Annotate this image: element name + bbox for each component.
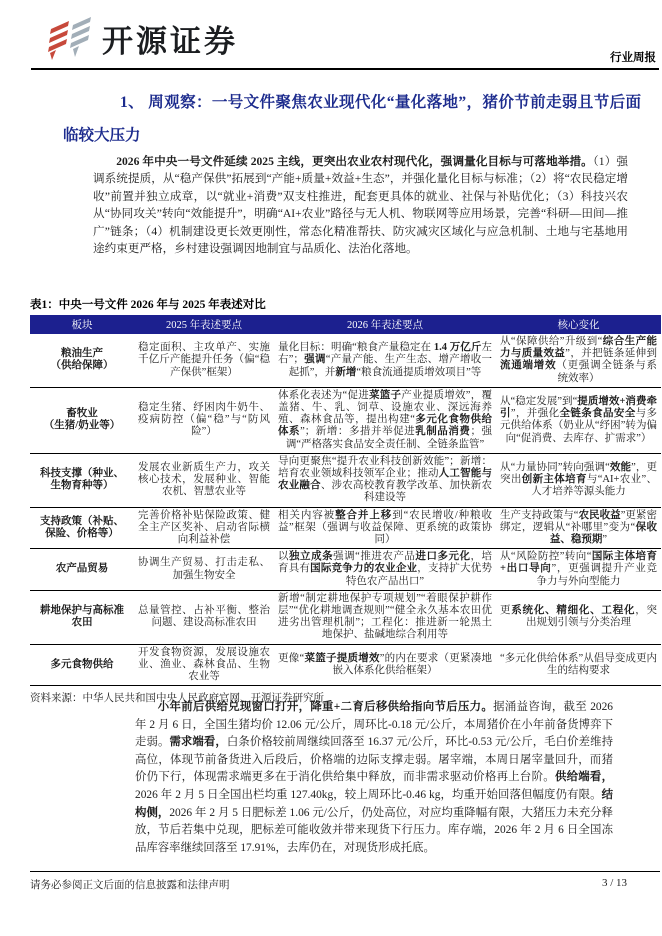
bold-text: 供给端看， [555, 771, 613, 783]
bold-text: 国际竞争力的农业企业 [310, 563, 417, 574]
table-row: 农产品贸易协调生产贸易、打击走私、加强生物安全以独立成条强调“推进农产品进口多元… [30, 549, 661, 591]
body-text: ” [602, 534, 607, 545]
sector-cell: 科技支撑（种业、 生物育种等） [30, 453, 134, 507]
bold-text: 全链条食品安全 [559, 408, 635, 419]
body-text: ”，更强调提升产业竞争力与外向型能力 [537, 563, 658, 586]
body-text: 以 [278, 551, 289, 562]
brand-logo: 开源证券 [44, 12, 238, 64]
table-row: 多元食物供给开发食物资源，发展设施农业、渔业、森林食品、生物农业等更像“菜篮子提… [30, 644, 661, 686]
summary-paragraph: 2026 年中央一号文件延续 2025 主线，更突出农业农村现代化，强调量化目标… [93, 153, 628, 257]
cell-2026: 更像“菜篮子提质增效”的内在要求（更紧凑地嵌入体系化供给框架） [274, 644, 496, 686]
cell-core-change: 生产支持政策与“农民收益”更紧密绑定，逻辑从“补哪里”变为“保收益、稳预期” [496, 507, 661, 549]
brand-logo-icon [44, 12, 96, 64]
body-text: 新增“制定耕地保护专项规划”“着眼保护耕作层”“优化耕地调查规则”“健全永久基本… [278, 593, 492, 641]
body-text: 从“保障供给”升级到“ [500, 336, 602, 347]
body-text: （1）强调系统提质，从“稳产保供”拓展到“产能+质量+效益+生态”，并强化量化目… [93, 155, 628, 255]
bold-text: 系统化、精细化、工程化 [511, 605, 635, 616]
cell-2026: 新增“制定耕地保护专项规划”“着眼保护耕作层”“优化耕地调查规则”“健全永久基本… [274, 590, 496, 644]
table-row: 粮油生产 （供给保障）稳定面积、主攻单产、实施千亿斤产能提升任务（偏“稳产保供”… [30, 334, 661, 387]
body-text: 2026 年 2 月 5 日肥标差 1.06 元/公斤，仍处高位，对应均重降幅有… [135, 807, 613, 854]
body-text: 开发食物资源，发展设施农业、渔业、森林食品、生物农业等 [138, 647, 270, 682]
body-text: 从“力量协同”转向强调“ [500, 462, 610, 473]
table-header-cell: 核心变化 [496, 315, 661, 334]
cell-2025: 稳定生猪、纾困肉牛奶牛、疫病防控（偏“稳”与“防风险”） [134, 387, 274, 453]
bold-text: 菜篮子 [369, 390, 401, 401]
table-header-cell: 2025 年表述要点 [134, 315, 274, 334]
body-text: 更像“ [278, 653, 304, 664]
table-body: 粮油生产 （供给保障）稳定面积、主攻单产、实施千亿斤产能提升任务（偏“稳产保供”… [30, 334, 661, 686]
body-text: ”，并强化 [511, 408, 560, 419]
report-page: 开源证券 行业周报 1、 周观察：一号文件聚焦农业现代化“量化落地”，猪价节前走… [0, 0, 662, 936]
cell-core-change: 更系统化、精细化、工程化，突出规划引领与分类治理 [496, 590, 661, 644]
sector-cell: 多元食物供给 [30, 644, 134, 686]
body-text: 发展农业新质生产力，攻关核心技术，发展种业、智能农机、智慧农业等 [138, 462, 270, 497]
cell-core-change: 从“力量协同”转向强调“效能”，更突出创新主体培育与“AI+农业”、人才培养等源… [496, 453, 661, 507]
body-text: 2026 年 2 月 5 日全国出栏均重 127.40kg，较上周环比-0.46… [135, 789, 602, 801]
body-text: 稳定生猪、纾困肉牛奶牛、疫病防控（偏“稳”与“防风险”） [138, 402, 270, 437]
body-text: 总量管控、占补平衡、整治问题、建设高标准农田 [138, 605, 270, 628]
body-text: 体系化表述为“促进 [278, 390, 369, 401]
body-text: ”；新增：多措并举促进 [300, 426, 415, 437]
cell-2026: 导向更聚焦“提升农业科技创新效能”；新增：培育农业领域科技领军企业；推动人工智能… [274, 453, 496, 507]
bold-text: 强调 [304, 354, 326, 365]
cell-2025: 完善价格补贴保险政策、健全主产区奖补、启动省际横向利益补偿 [134, 507, 274, 549]
brand-name: 开源证券 [102, 16, 238, 61]
comparison-table-block: 表1：中央一号文件 2026 年与 2025 年表述对比 板块2025 年表述要… [30, 296, 661, 705]
body-text: 从“稳定发展”到“ [500, 396, 577, 407]
bold-text: 乳制品消费 [415, 426, 470, 437]
cell-2025: 稳定面积、主攻单产、实施千亿斤产能提升任务（偏“稳产保供”框架） [134, 334, 274, 387]
body-text: 生产支持政策与“ [500, 510, 578, 521]
table-header-row: 板块2025 年表述要点2026 年表述要点核心变化 [30, 315, 661, 334]
body-text: “多元化供给体系”从倡导变成更内生的结构要求 [500, 653, 657, 676]
bold-text: 进口多元化 [415, 551, 470, 562]
sector-cell: 耕地保护与高标准 农田 [30, 590, 134, 644]
cell-2026: 体系化表述为“促进菜篮子产业提质增效”，覆盖猪、牛、乳、饲草、设施农业、深远海养… [274, 387, 496, 453]
body-text: 量化目标：明确“粮食产量稳定在 [278, 342, 434, 353]
body-text: （更强调全链条与系统效率） [556, 360, 657, 383]
body-text: 相关内容被 [278, 510, 335, 521]
table-caption: 表1：中央一号文件 2026 年与 2025 年表述对比 [30, 296, 661, 312]
bold-text: 新增 [335, 367, 356, 378]
body-text: 完善价格补贴保险政策、健全主产区奖补、启动省际横向利益补偿 [138, 510, 270, 545]
sector-cell: 粮油生产 （供给保障） [30, 334, 134, 387]
report-type-label: 行业周报 [610, 49, 656, 65]
body-text: 、涉农高校教育教学改革、加快新农科建设等 [321, 480, 492, 503]
bold-text: 创新主体培育 [522, 474, 587, 485]
table-row: 耕地保护与高标准 农田总量管控、占补平衡、整治问题、建设高标准农田新增“制定耕地… [30, 590, 661, 644]
table-row: 畜牧业 （生猪/奶业等）稳定生猪、纾困肉牛奶牛、疫病防控（偏“稳”与“防风险”）… [30, 387, 661, 453]
bold-text: 整合并上移 [335, 510, 392, 521]
cell-2025: 发展农业新质生产力，攻关核心技术，发展种业、智能农机、智慧农业等 [134, 453, 274, 507]
body-text: “粮食流通提质增效项目”等 [356, 367, 481, 378]
sector-cell: 畜牧业 （生猪/奶业等） [30, 387, 134, 453]
bold-text: 菜篮子提质增效 [304, 653, 380, 664]
bold-text: 需求端看， [169, 736, 226, 748]
cell-core-change: “多元化供给体系”从倡导变成更内生的结构要求 [496, 644, 661, 686]
cell-core-change: 从“保障供给”升级到“综合生产能力与质量效益”，并把链条延伸到流通端增效（更强调… [496, 334, 661, 387]
comparison-table: 板块2025 年表述要点2026 年表述要点核心变化 粮油生产 （供给保障）稳定… [30, 315, 661, 686]
cell-2026: 以独立成条强调“推进农产品进口多元化，培育具有国际竞争力的农业企业，支持扩大优势… [274, 549, 496, 591]
table-row: 支持政策（补贴、 保险、价格等）完善价格补贴保险政策、健全主产区奖补、启动省际横… [30, 507, 661, 549]
footer-divider [30, 871, 660, 872]
body-text: 从“风险防控”转向“ [500, 551, 591, 562]
body-text: 更 [500, 605, 511, 616]
table-row: 科技支撑（种业、 生物育种等）发展农业新质生产力，攻关核心技术，发展种业、智能农… [30, 453, 661, 507]
table-header-cell: 板块 [30, 315, 134, 334]
body-text: 强调“推进农产品 [333, 551, 415, 562]
body-text: ”，并把链条延伸到 [565, 348, 657, 359]
sector-cell: 农产品贸易 [30, 549, 134, 591]
cell-2025: 协调生产贸易、打击走私、加强生物安全 [134, 549, 274, 591]
bold-text: 独立成条 [289, 551, 333, 562]
bold-text: 效能 [610, 462, 631, 473]
bold-text: 小年前后供给兑现窗口打开，降重+二育后移供给指向节后压力。 [158, 701, 493, 713]
body-text: 协调生产贸易、打击走私、加强生物安全 [138, 557, 270, 580]
header-divider [31, 68, 659, 70]
bold-text: 1.4 万亿斤 [434, 342, 482, 353]
page-number: 3 / 13 [602, 877, 627, 889]
body-text: 稳定面积、主攻单产、实施千亿斤产能提升任务（偏“稳产保供”框架） [138, 342, 270, 377]
pig-price-paragraph: 小年前后供给兑现窗口打开，降重+二育后移供给指向节后压力。据涌益咨询，截至 20… [135, 699, 613, 857]
cell-2025: 开发食物资源，发展设施农业、渔业、森林食品、生物农业等 [134, 644, 274, 686]
sector-cell: 支持政策（补贴、 保险、价格等） [30, 507, 134, 549]
footer-disclaimer: 请务必参阅正文后面的信息披露和法律声明 [30, 877, 230, 892]
bold-text: 流通端增效 [500, 360, 556, 371]
cell-2026: 相关内容被整合并上移到“农民增收/种粮收益”框架（强调与收益保障、更系统的政策协… [274, 507, 496, 549]
cell-core-change: 从“稳定发展”到“提质增效+消费牵引”，并强化全链条食品安全与多元供给体系（奶业… [496, 387, 661, 453]
bold-text: 2026 年中央一号文件延续 2025 主线，更突出农业农村现代化，强调量化目标… [116, 155, 593, 168]
cell-core-change: 从“风险防控”转向“国际主体培育+出口导向”，更强调提升产业竞争力与外向型能力 [496, 549, 661, 591]
section-title: 1、 周观察：一号文件聚焦农业现代化“量化落地”，猪价节前走弱且节后面临较大压力 [63, 86, 641, 152]
cell-2025: 总量管控、占补平衡、整治问题、建设高标准农田 [134, 590, 274, 644]
table-header-cell: 2026 年表述要点 [274, 315, 496, 334]
cell-2026: 量化目标：明确“粮食产量稳定在 1.4 万亿斤左右”；强调“产量产能、生产生态、… [274, 334, 496, 387]
bold-text: 农民收益 [578, 510, 620, 521]
